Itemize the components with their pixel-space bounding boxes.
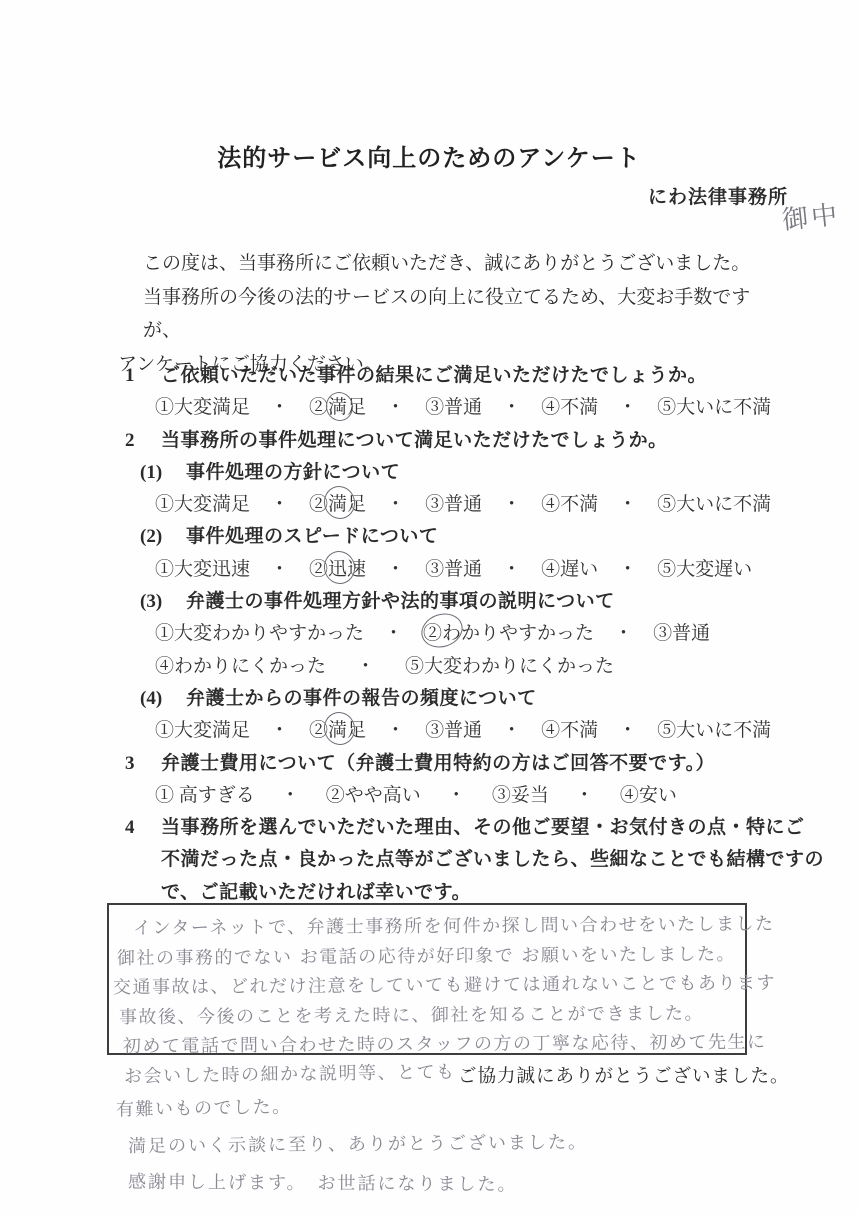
handwritten-tail-line: 有難いものでした。 [116, 1092, 292, 1121]
option: ① 高すぎる [155, 780, 255, 812]
option: ④不満 [541, 715, 598, 747]
option-separator: ・ [386, 720, 405, 741]
question-3: 3弁護士費用について（弁護士費用特約の方はご回答不要です。） [125, 748, 805, 780]
subquestion-number: (3) [140, 586, 186, 618]
option-separator: ・ [270, 559, 289, 580]
question-number: 1 [125, 360, 161, 392]
option: ②やや高い [326, 780, 421, 812]
option: ①大変満足 [155, 715, 250, 747]
office-name: にわ法律事務所 [648, 182, 788, 209]
option-separator: ・ [502, 494, 521, 515]
option: ③普通 [425, 392, 482, 424]
option-separator: ・ [502, 559, 521, 580]
question-2-4: (4)弁護士からの事件の報告の頻度について [125, 683, 805, 715]
question-4-line2: 不満だった点・良かった点等がございましたら、些細なことでも結構ですの [125, 844, 805, 876]
option-separator: ・ [270, 494, 289, 515]
option: ⑤大変わかりにくかった [405, 651, 614, 683]
intro-line: 当事務所の今後の法的サービスの向上に役立てるため、大変お手数ですが、 [118, 281, 778, 348]
subquestion-number: (1) [140, 457, 186, 489]
subquestion-text: 弁護士の事件処理方針や法的事項の説明について [186, 591, 615, 612]
option-separator: ・ [386, 559, 405, 580]
subquestion-text: 事件処理のスピードについて [186, 526, 438, 547]
option-separator: ・ [386, 397, 405, 418]
question-2-2: (2)事件処理のスピードについて [125, 521, 805, 553]
question-text: 弁護士費用について（弁護士費用特約の方はご回答不要です。） [161, 753, 715, 774]
question-2-1: (1)事件処理の方針について [125, 457, 805, 489]
question-2-1-options: ①大変満足・②満足・③普通・④不満・⑤大いに不満 [125, 489, 805, 521]
option-selected: ②満足 [309, 392, 366, 424]
handwritten-comment-line: インターネットで、弁護士事務所を何件か探し問い合わせをいたしました [109, 903, 745, 944]
question-1: 1ご依頼いただいた事件の結果にご満足いただけたでしょうか。 [125, 360, 805, 392]
option-separator: ・ [614, 623, 633, 644]
option-separator: ・ [270, 397, 289, 418]
option-separator: ・ [618, 397, 637, 418]
option-label: ②迅速 [309, 559, 366, 580]
option-label: ②満足 [309, 494, 366, 515]
option: ④安い [620, 780, 677, 812]
option: ④わかりにくかった [155, 651, 326, 683]
subquestion-number: (2) [140, 521, 186, 553]
question-2-2-options: ①大変迅速・②迅速・③普通・④遅い・⑤大変遅い [125, 554, 805, 586]
option-separator: ・ [384, 623, 403, 644]
option-separator: ・ [447, 785, 466, 806]
question-2-3: (3)弁護士の事件処理方針や法的事項の説明について [125, 586, 805, 618]
option-separator: ・ [618, 494, 637, 515]
option-separator: ・ [270, 720, 289, 741]
subquestion-number: (4) [140, 683, 186, 715]
option-separator: ・ [356, 656, 375, 677]
question-number: 2 [125, 425, 161, 457]
option: ④不満 [541, 489, 598, 521]
intro-line: この度は、当事務所にご依頼いただき、誠にありがとうございました。 [118, 247, 778, 281]
comment-box: インターネットで、弁護士事務所を何件か探し問い合わせをいたしました 御社の事務的… [107, 903, 747, 1055]
handwritten-tail-line: 満足のいく示談に至り、ありがとうございました。 [128, 1128, 588, 1158]
option-separator: ・ [618, 720, 637, 741]
question-3-options: ① 高すぎる・②やや高い・③妥当・④安い [125, 780, 805, 812]
option-selected: ②迅速 [309, 554, 366, 586]
option: ⑤大いに不満 [657, 489, 771, 521]
option: ①大変迅速 [155, 554, 250, 586]
option: ③妥当 [492, 780, 549, 812]
option: ③普通 [653, 618, 710, 650]
page-title: 法的サービス向上のためのアンケート [0, 138, 858, 173]
option: ⑤大いに不満 [657, 392, 771, 424]
closing-text: ご協力誠にありがとうございました。 [458, 1062, 790, 1088]
handwritten-tail-line: 感謝申し上げます。 お世話になりました。 [128, 1168, 518, 1197]
question-text: ご依頼いただいた事件の結果にご満足いただけたでしょうか。 [161, 365, 707, 386]
survey-scan-page: 法的サービス向上のためのアンケート にわ法律事務所 御中 この度は、当事務所にご… [0, 0, 858, 1215]
option-separator: ・ [575, 785, 594, 806]
option: ③普通 [425, 554, 482, 586]
option: ③普通 [425, 715, 482, 747]
option: ③普通 [425, 489, 482, 521]
option-selected: ②満足 [309, 715, 366, 747]
question-2: 2当事務所の事件処理について満足いただけたでしょうか。 [125, 425, 805, 457]
option-label: ②満足 [309, 397, 366, 418]
handwritten-overflow-line: お会いした時の細かな説明等、とても [124, 1058, 456, 1089]
option: ①大変わかりやすかった [155, 618, 364, 650]
option: ⑤大いに不満 [657, 715, 771, 747]
question-2-3-options-row2: ④わかりにくかった・⑤大変わかりにくかった [125, 651, 805, 683]
subquestion-text: 事件処理の方針について [186, 462, 400, 483]
question-2-4-options: ①大変満足・②満足・③普通・④不満・⑤大いに不満 [125, 715, 805, 747]
question-2-3-options-row1: ①大変わかりやすかった・②わかりやすかった・③普通 [125, 618, 805, 650]
option: ①大変満足 [155, 392, 250, 424]
question-number: 4 [125, 812, 161, 844]
questions-section: 1ご依頼いただいた事件の結果にご満足いただけたでしょうか。 ①大変満足・②満足・… [125, 360, 805, 909]
option: ⑤大変遅い [657, 554, 752, 586]
handwritten-comment-line: 御社の事務的でない お電話の応待が好印象で お願いをいたしました。 [109, 939, 745, 973]
option-label: ②満足 [309, 720, 366, 741]
option-separator: ・ [502, 720, 521, 741]
option-separator: ・ [502, 397, 521, 418]
option-separator: ・ [281, 785, 300, 806]
option: ④不満 [541, 392, 598, 424]
question-1-options: ①大変満足・②満足・③普通・④不満・⑤大いに不満 [125, 392, 805, 424]
option: ④遅い [541, 554, 598, 586]
option-selected: ②満足 [309, 489, 366, 521]
question-4: 4当事務所を選んでいただいた理由、その他ご要望・お気付きの点・特にご [125, 812, 805, 844]
option-separator: ・ [386, 494, 405, 515]
handwritten-onchu: 御中 [780, 194, 842, 237]
option-selected: ②わかりやすかった [423, 618, 594, 650]
question-text: 当事務所の事件処理について満足いただけたでしょうか。 [161, 430, 668, 451]
handwritten-comment-line: 交通事故は、どれだけ注意をしていても避けては通れないことでもあります [109, 969, 745, 1003]
subquestion-text: 弁護士からの事件の報告の頻度について [186, 688, 537, 709]
option-label: ②わかりやすかった [423, 623, 594, 644]
question-text: 当事務所を選んでいただいた理由、その他ご要望・お気付きの点・特にご [161, 817, 805, 838]
option-separator: ・ [618, 559, 637, 580]
question-number: 3 [125, 748, 161, 780]
option: ①大変満足 [155, 489, 250, 521]
